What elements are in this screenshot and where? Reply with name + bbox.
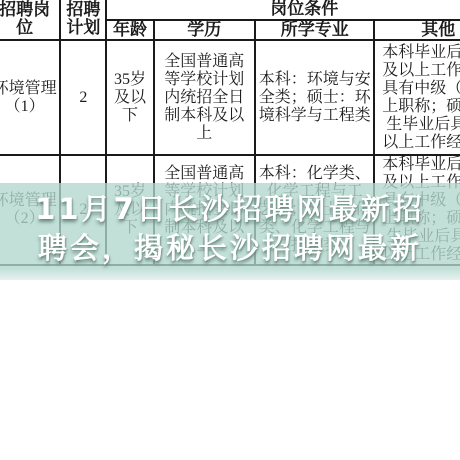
cell-row1-other: 本科毕业后具有 及以上工作经历 具有中级（含） 上职称；硕士研 生毕业后具有2 …: [374, 40, 460, 155]
overlay-title-line2: 聘会，揭秘长沙招聘网最新: [0, 229, 460, 268]
header-plan: 招聘 计划: [60, 0, 106, 40]
header-other: 其他: [374, 20, 460, 40]
header-position: 招聘岗 位: [0, 0, 60, 40]
page-stage: 招聘岗 位 招聘 计划 岗位条件 年龄 学历 所学专业 其他 环境管理 （1） …: [0, 0, 460, 460]
header-major: 所学专业: [255, 20, 374, 40]
cell-row1-education: 全国普通高 等学校计划 内统招全日 制本科及以 上: [154, 40, 255, 155]
cell-row1-age: 35岁 及以 下: [106, 40, 153, 155]
header-conditions: 岗位条件: [106, 0, 460, 20]
overlay-title: 11月7日长沙招聘网最新招 聘会，揭秘长沙招聘网最新: [0, 190, 460, 268]
header-age: 年龄: [106, 20, 153, 40]
cell-row1-major: 本科：环境与安 全类；硕士：环 境科学与工程类: [255, 40, 374, 155]
table-row: 环境管理 （1） 2 35岁 及以 下 全国普通高 等学校计划 内统招全日 制本…: [0, 40, 460, 155]
cell-row1-plan: 2: [60, 40, 106, 155]
cell-row1-position: 环境管理 （1）: [0, 40, 60, 155]
header-education: 学历: [154, 20, 255, 40]
overlay-title-line1: 11月7日长沙招聘网最新招: [0, 190, 460, 229]
